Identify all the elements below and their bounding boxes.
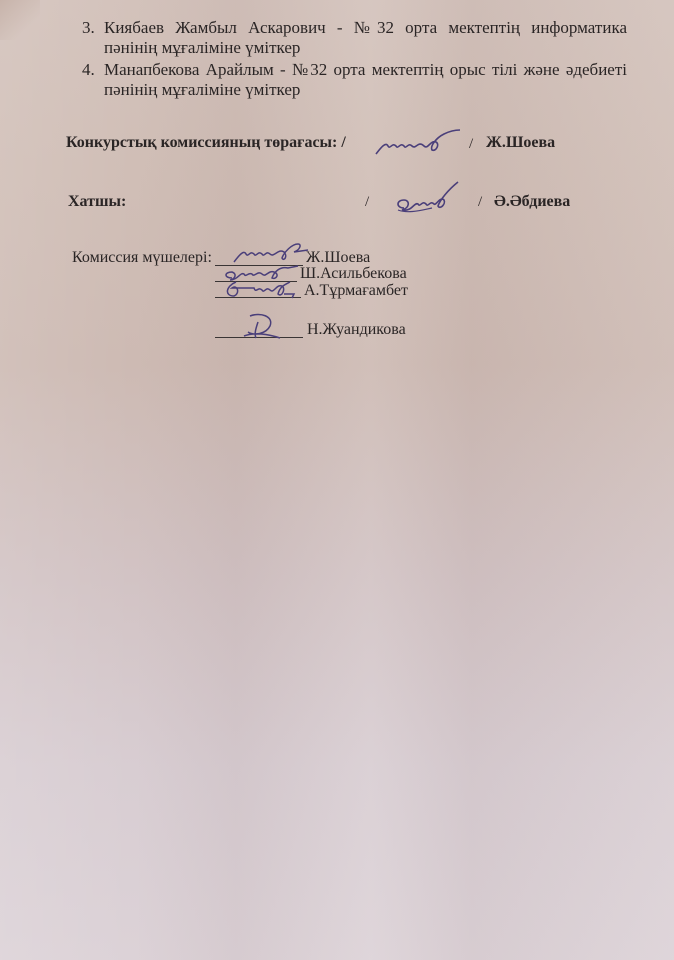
secretary-slash-right: / [478, 194, 482, 211]
bleed-through-text [110, 285, 114, 302]
secretary-signature-icon [392, 180, 467, 218]
chair-name: Ж.Шоева [486, 134, 555, 152]
secretary-slash-left: / [365, 194, 369, 211]
members-label: Комиссия мүшелері: [72, 249, 212, 267]
list-item-number: 4. [82, 60, 95, 80]
chair-label: Конкурстық комиссияның төрағасы: / [66, 134, 346, 152]
member-name-4: Н.Жуандикова [307, 321, 406, 339]
chair-signature-icon [372, 128, 462, 160]
list-item-text: Манапбекова Арайлым - №32 орта мектептің… [104, 60, 627, 100]
document-page: 3. Киябаев Жамбыл Аскарович - №32 орта м… [0, 0, 674, 960]
list-item-text: Киябаев Жамбыл Аскарович - №32 орта мект… [104, 18, 627, 58]
member-signature-4-icon [240, 312, 284, 342]
member-name-2: Ш.Асильбекова [300, 265, 407, 283]
member-name-3: А.Тұрмағамбет [304, 282, 408, 300]
secretary-label: Хатшы: [68, 193, 126, 211]
member-signature-3-icon [220, 278, 298, 302]
list-item-number: 3. [82, 18, 95, 38]
secretary-name: Ә.Әбдиева [494, 193, 570, 211]
chair-slash: / [469, 136, 473, 153]
